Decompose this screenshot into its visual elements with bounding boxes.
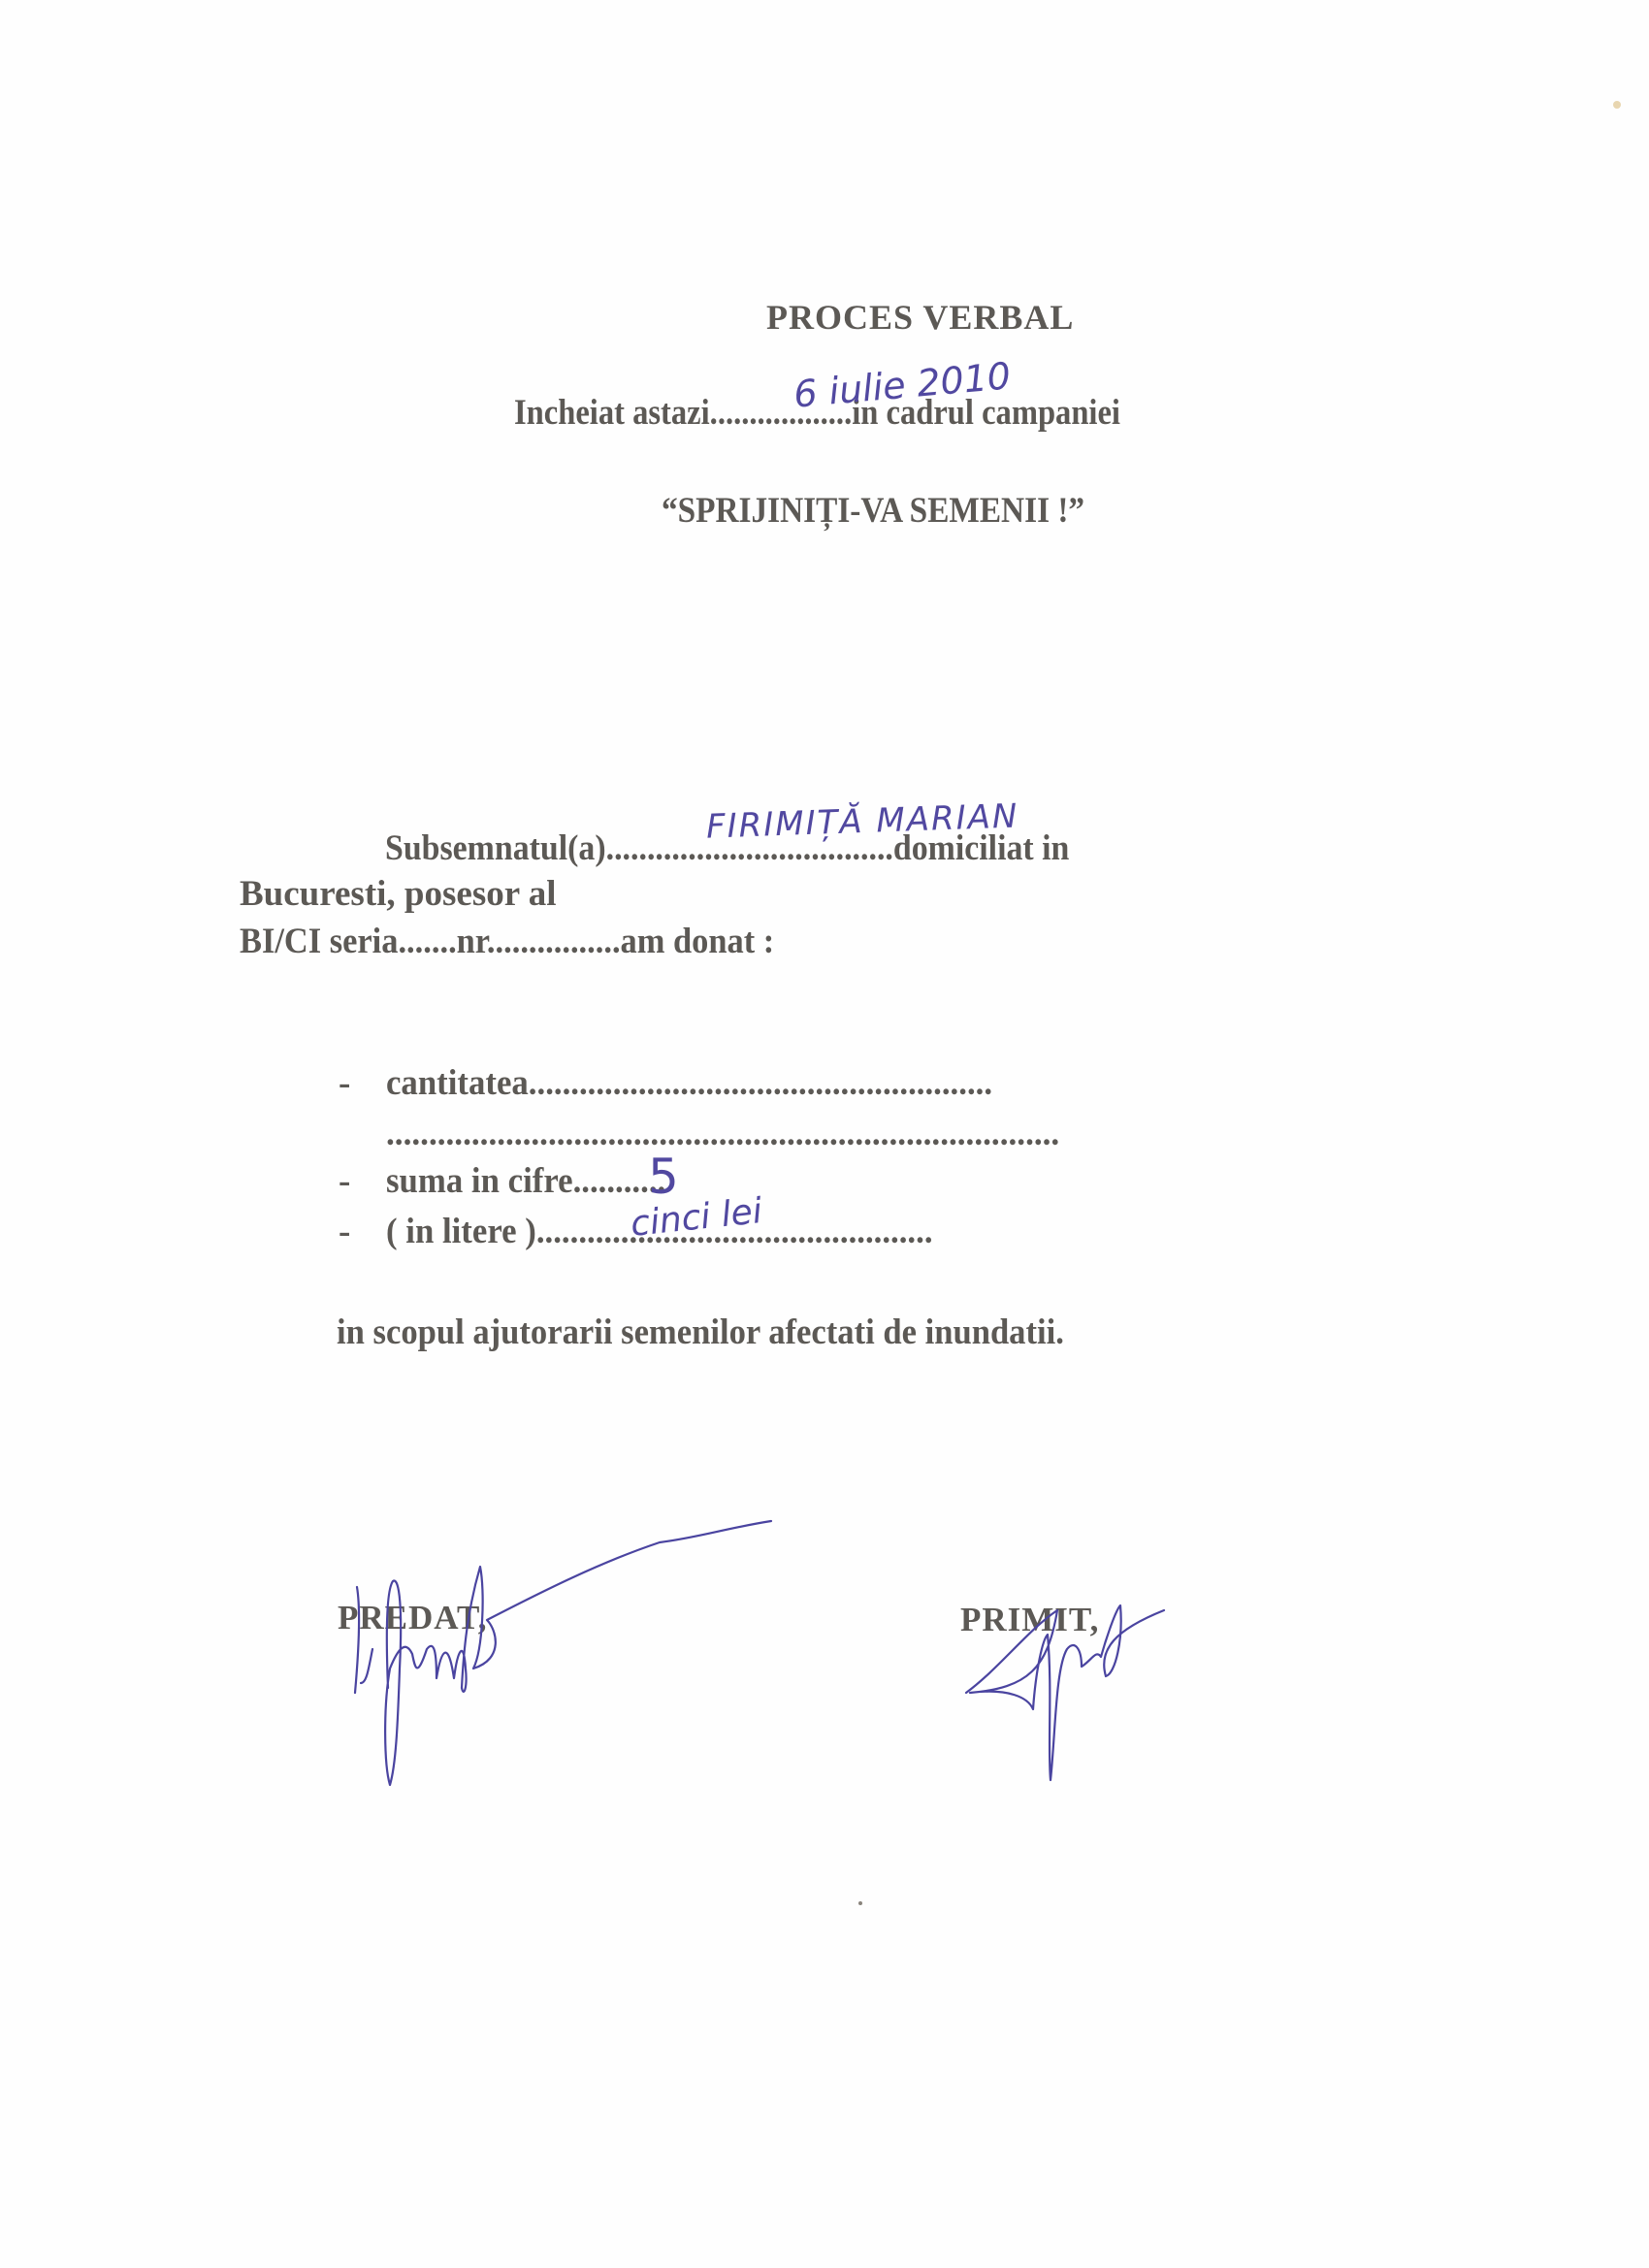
document-page: PROCES VERBAL Incheiat astazi...........… xyxy=(0,0,1649,2268)
received-signature xyxy=(0,0,1649,2268)
scan-speck xyxy=(1613,101,1621,109)
scan-speck xyxy=(858,1901,862,1905)
